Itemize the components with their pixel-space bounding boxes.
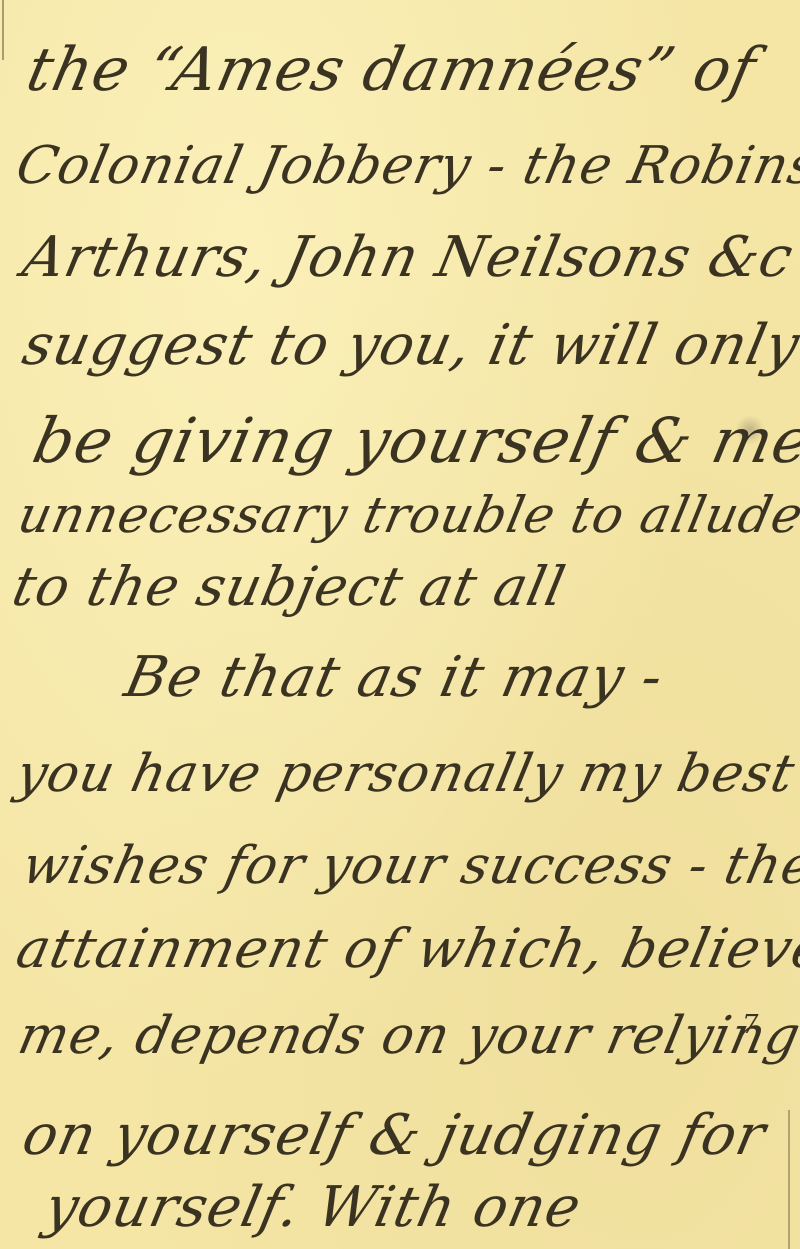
page-edge-right — [788, 1110, 790, 1249]
letter-line-11: attainment of which, believe — [12, 922, 800, 976]
letter-line-14: yourself. With one — [40, 1180, 586, 1236]
letter-line-4: suggest to you, it will only — [18, 318, 800, 374]
letter-page: the “Ames damnées” of Colonial Jobbery -… — [0, 0, 800, 1249]
letter-line-3: Arthurs, John Neilsons &c &c — [18, 230, 800, 286]
letter-line-9: you have personally my best — [12, 748, 799, 800]
letter-line-13: on yourself & judging for — [18, 1108, 771, 1164]
letter-line-6: unnecessary trouble to allude — [14, 490, 800, 540]
letter-line-8: Be that as it may - — [120, 650, 668, 706]
letter-line-2: Colonial Jobbery - the Robinsons, — [12, 140, 800, 192]
letter-line-7: to the subject at all — [8, 560, 570, 614]
margin-annotation: 7 — [742, 1010, 759, 1040]
letter-line-5: be giving yourself & me — [28, 410, 800, 472]
letter-line-10: wishes for your success - the — [18, 840, 800, 892]
letter-line-12: me, depends on your relying — [14, 1010, 800, 1062]
page-edge-left — [2, 0, 4, 60]
letter-line-1: the “Ames damnées” of — [22, 40, 761, 100]
